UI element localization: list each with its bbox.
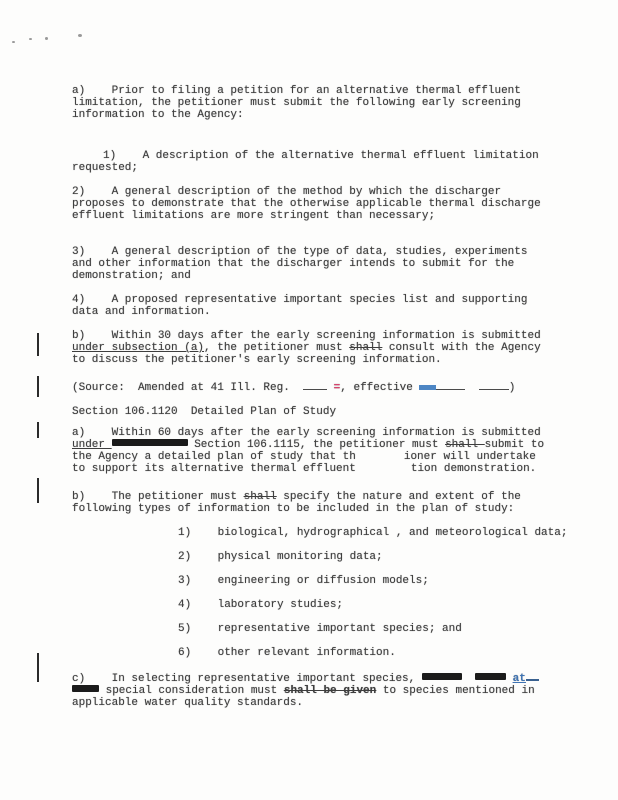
insert-underline-extension <box>526 670 539 681</box>
text-line: 4) A proposed representative important s… <box>72 294 577 306</box>
source-line: (Source: Amended at 41 Ill. Reg. =, effe… <box>72 380 577 394</box>
paragraph-a: a) Prior to filing a petition for an alt… <box>72 85 577 121</box>
text-segment: to species mentioned in <box>376 685 534 697</box>
redaction-bar <box>72 685 99 692</box>
text-line: b) The petitioner must shall specify the… <box>72 491 577 503</box>
text-line: information to the Agency: <box>72 109 577 121</box>
text-line: proposes to demonstrate that the otherwi… <box>72 198 577 210</box>
text-line: 3) A general description of the type of … <box>72 246 577 258</box>
text-line: under Section 106.1115, the petitioner m… <box>72 439 577 451</box>
scan-speck <box>45 37 48 40</box>
text-line: demonstration; and <box>72 270 577 282</box>
text-segment: consult with the Agency <box>382 342 540 354</box>
text-line: 2) A general description of the method b… <box>72 186 577 198</box>
deleted-text: shall <box>349 342 382 354</box>
list-item-3: 3) A general description of the type of … <box>72 246 577 282</box>
blank-line <box>303 380 327 390</box>
blue-highlight-mark <box>419 385 436 390</box>
inserted-text: under subsection (a) <box>72 342 204 354</box>
text-line: and other information that the discharge… <box>72 258 577 270</box>
scan-speck <box>12 41 15 43</box>
text-line: a) Within 60 days after the early screen… <box>72 427 577 439</box>
text-segment: ioner will undertake <box>404 451 536 463</box>
text-line: to support its alternative thermal efflu… <box>72 463 577 475</box>
text-line: limitation, the petitioner must submit t… <box>72 97 577 109</box>
text-segment: special consideration must <box>99 685 284 697</box>
text-line: the Agency a detailed plan of study that… <box>72 451 577 463</box>
paragraph-c: c) In selecting representative important… <box>72 670 577 709</box>
text-line: following types of information to be inc… <box>72 503 577 515</box>
margin-change-bar <box>37 422 39 438</box>
paragraph-b2: b) The petitioner must shall specify the… <box>72 491 577 515</box>
text-line: data and information. <box>72 306 577 318</box>
blank-line <box>479 380 509 390</box>
study-item-3: 3) engineering or diffusion models; <box>72 575 577 587</box>
margin-change-bar <box>37 653 39 682</box>
text-segment: the Agency a detailed plan of study that… <box>72 451 356 463</box>
paragraph-a2: a) Within 60 days after the early screen… <box>72 427 577 475</box>
scan-speck <box>78 34 82 37</box>
scan-speck <box>29 38 32 40</box>
text-line: effluent limitations are more stringent … <box>72 210 577 222</box>
text-segment: (Source: Amended at 41 Ill. Reg. <box>72 382 303 394</box>
text-line: b) Within 30 days after the early screen… <box>72 330 577 342</box>
text-segment: ) <box>509 382 516 394</box>
inserted-text-blue: at <box>513 673 526 685</box>
text-segment: , effective <box>340 382 419 394</box>
scanned-document-page: a) Prior to filing a petition for an alt… <box>0 0 618 800</box>
document-content: a) Prior to filing a petition for an alt… <box>72 85 577 709</box>
margin-change-bar <box>37 478 39 503</box>
text-segment: b) The petitioner must <box>72 491 244 503</box>
inserted-text: under <box>72 439 112 451</box>
study-item-2: 2) physical monitoring data; <box>72 551 577 563</box>
margin-change-bar <box>37 333 39 356</box>
study-item-5: 5) representative important species; and <box>72 623 577 635</box>
study-item-6: 6) other relevant information. <box>72 647 577 659</box>
paragraph-b: b) Within 30 days after the early screen… <box>72 330 577 366</box>
redaction-bar <box>112 439 188 446</box>
blank-line <box>436 380 465 390</box>
deleted-text: shall be given <box>284 685 376 697</box>
list-item-2: 2) A general description of the method b… <box>72 186 577 222</box>
text-line: requested; <box>72 162 577 174</box>
list-item-4: 4) A proposed representative important s… <box>72 294 577 318</box>
text-segment: , the petitioner must <box>204 342 349 354</box>
text-line: 1) A description of the alternative ther… <box>72 150 577 162</box>
text-segment: Section 106.1115, the petitioner must <box>188 439 445 451</box>
text-line: applicable water quality standards. <box>72 697 577 709</box>
text-segment: submit to <box>485 439 544 451</box>
study-item-4: 4) laboratory studies; <box>72 599 577 611</box>
text-line: under subsection (a), the petitioner mus… <box>72 342 577 354</box>
list-item-1: 1) A description of the alternative ther… <box>72 150 577 174</box>
text-segment: c) In selecting representative important… <box>72 673 422 685</box>
text-segment: tion demonstration. <box>411 463 536 475</box>
margin-change-bar <box>37 376 39 397</box>
redaction-bar <box>422 673 462 680</box>
text-segment: to support its alternative thermal efflu… <box>72 463 356 475</box>
study-item-1: 1) biological, hydrographical , and mete… <box>72 527 577 539</box>
redaction-bar <box>475 673 506 680</box>
deleted-text: shall <box>445 439 485 451</box>
text-line: special consideration must shall be give… <box>72 685 577 697</box>
deleted-text: shall <box>244 491 277 503</box>
text-segment: specify the nature and extent of the <box>277 491 521 503</box>
section-heading: Section 106.1120 Detailed Plan of Study <box>72 406 577 418</box>
text-line: a) Prior to filing a petition for an alt… <box>72 85 577 97</box>
text-line: c) In selecting representative important… <box>72 670 577 685</box>
text-line: to discuss the petitioner's early screen… <box>72 354 577 366</box>
